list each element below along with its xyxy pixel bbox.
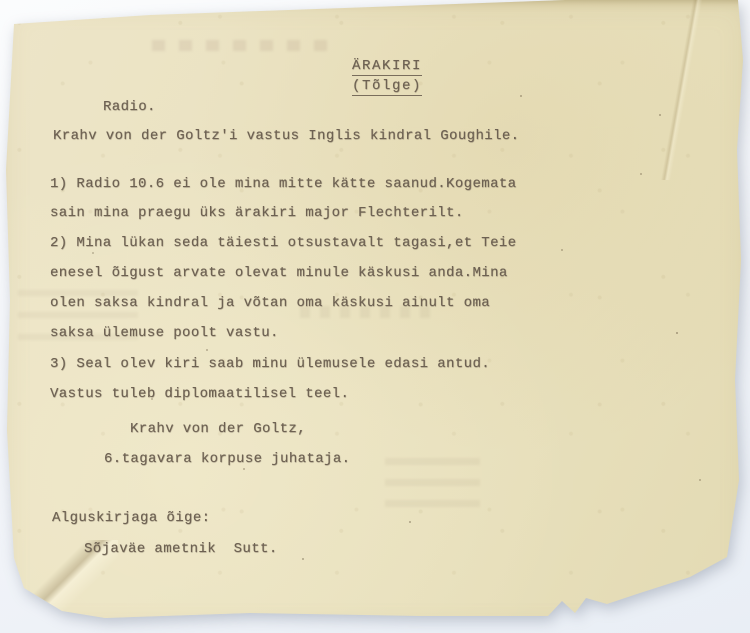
certification-line: Sõjaväe ametnik Sutt. xyxy=(84,541,278,557)
faint-bleedthrough-mark-signature xyxy=(385,452,480,507)
document-subtitle: (Tõlge) xyxy=(352,78,422,96)
body-line: 3) Seal olev kiri saab minu ülemusele ed… xyxy=(50,356,490,372)
paper-crease-top-right xyxy=(655,0,705,180)
paper-shadow-wrapper: ÄRAKIRI (Tõlge) Radio. Krahv von der Gol… xyxy=(0,0,750,633)
body-line: enesel õigust arvate olevat minule käsku… xyxy=(50,265,508,281)
scanned-document-page: ÄRAKIRI (Tõlge) Radio. Krahv von der Gol… xyxy=(0,0,750,633)
paper-sheet: ÄRAKIRI (Tõlge) Radio. Krahv von der Gol… xyxy=(0,0,750,633)
body-line: 1) Radio 10.6 ei ole mina mitte kätte sa… xyxy=(50,176,516,192)
certification-line: Alguskirjaga õige: xyxy=(52,510,210,526)
signature-line: 6.tagavara korpuse juhataja. xyxy=(104,451,350,467)
faint-bleedthrough-mark-top xyxy=(152,40,332,51)
signature-line: Krahv von der Goltz, xyxy=(130,421,306,437)
subject-line: Krahv von der Goltz'i vastus Inglis kind… xyxy=(53,128,519,144)
document-heading: ÄRAKIRI (Tõlge) xyxy=(352,58,422,96)
body-line: saksa ülemuse poolt vastu. xyxy=(50,325,279,341)
body-line: Vastus tuleb diplomaatilisel teel. xyxy=(50,386,349,402)
paper-fly-specks xyxy=(0,0,2,2)
body-line: olen saksa kindral ja võtan oma käskusi … xyxy=(50,295,490,311)
body-line: sain mina praegu üks ärakiri major Flech… xyxy=(50,205,464,221)
body-line: 2) Mina lükan seda täiesti otsustavalt t… xyxy=(50,235,516,251)
salutation-line: Radio. xyxy=(103,99,156,115)
document-title: ÄRAKIRI xyxy=(352,58,422,76)
